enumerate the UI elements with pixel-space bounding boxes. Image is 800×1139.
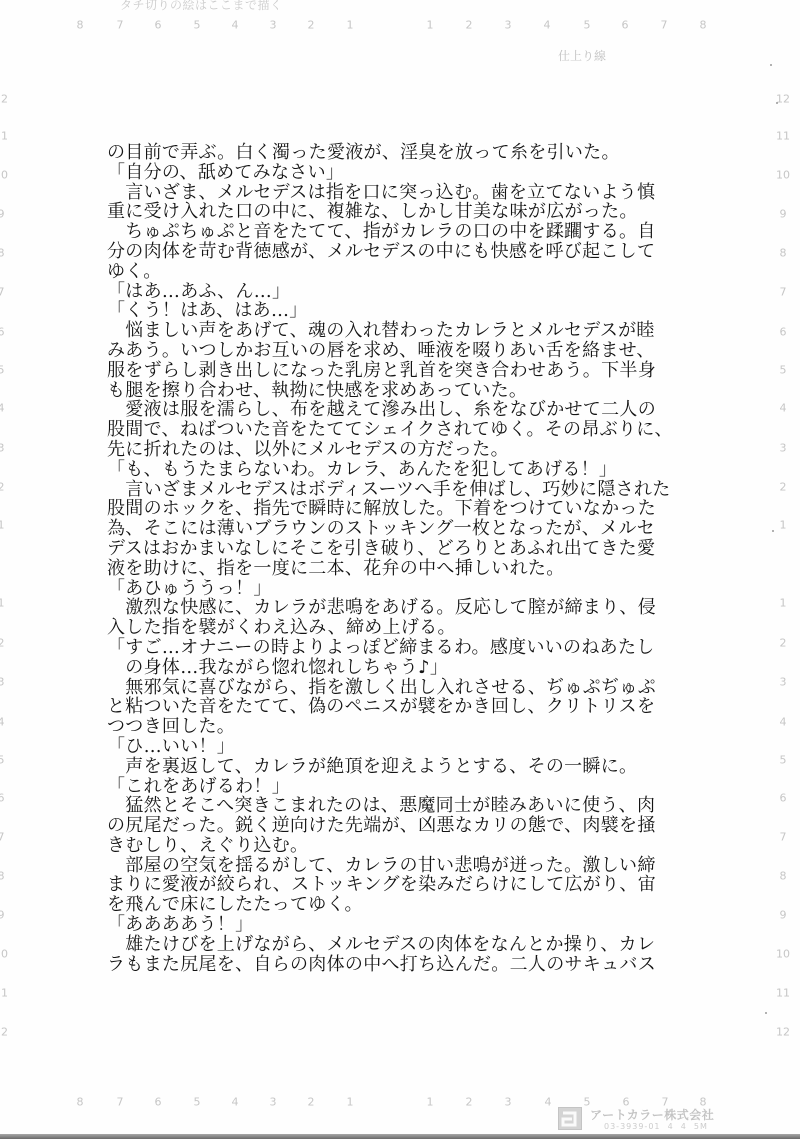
ruler-number: 8 [0,248,5,259]
ruler-number: 2 [308,1097,315,1108]
ruler-number: 1 [780,598,787,609]
ruler-number: 3 [270,1097,277,1108]
text-line: 「これをあげるわ！」 [107,777,673,797]
text-line: も腿を擦り合わせ、執拗に快感を求めあっていた。 [107,381,673,401]
scan-speck [772,530,774,532]
text-line: 「はあ…あふ、ん…」 [107,282,673,302]
ruler-number: 3 [780,677,787,688]
ruler-number: 10 [0,170,8,181]
text-line: の目前で弄ぶ。白く濁った愛液が、淫臭を放って糸を引いた。 [107,143,673,163]
ruler-number: 11 [776,131,790,142]
text-line: 激烈な快感に、カレラが悲鳴をあげる。反応して膣が締まり、侵 [107,598,673,618]
scan-speck [776,102,778,104]
ruler-number: 7 [117,1097,124,1108]
body-text: の目前で弄ぶ。白く濁った愛液が、淫臭を放って糸を引いた。 「自分の、舐めてみなさ… [107,143,673,974]
ruler-number: 7 [0,287,5,298]
ruler-number: 5 [0,755,5,766]
text-line: 「自分の、舐めてみなさい」 [107,163,673,183]
ruler-number: 8 [780,248,787,259]
text-line: 「ひ…いい！」 [107,737,673,757]
ruler-number: 11 [776,988,790,999]
ruler-number: 1 [0,520,5,531]
text-line: を飛んで床にしたたってゆく。 [107,895,673,915]
text-line: 「も、もうたまらないわ。カレラ、あんたを犯してあげる！」 [107,460,673,480]
scan-edge [0,1134,800,1139]
text-line: 雄たけびを上げながら、メルセデスの肉体をなんとか操り、カレ [107,935,673,955]
text-line: 愛液は服を濡らし、布を越えて滲み出し、糸をなびかせて二人の [107,400,673,420]
company-code: 03-3939-01 4 4 5M [604,1122,708,1131]
ruler-number: 3 [505,1097,512,1108]
scan-speck [770,64,772,66]
ruler-number: 11 [0,988,8,999]
ruler-number: 12 [0,94,8,105]
text-line: 重に受け入れた口の中に、複雑な、しかし甘美な味が広がった。 [107,202,673,222]
ruler-number: 3 [0,677,5,688]
ruler-number: 1 [347,20,354,31]
ruler-number: 7 [117,20,124,31]
ruler-number: 4 [780,403,787,414]
text-line: 言いざま、メルセデスは指を口に突っ込む。歯を立てないよう慎 [107,183,673,203]
ruler-number: 3 [270,20,277,31]
text-line: 言いざまメルセデスはボディスーツへ手を伸ばし、巧妙に隠された [107,480,673,500]
ruler-number: 1 [0,598,5,609]
ruler-number: 10 [776,170,790,181]
ruler-number: 6 [780,327,787,338]
text-line: 声を裏返して、カレラが絶頂を迎えようとする、その一瞬に。 [107,757,673,777]
text-line: 「すご…オナニーの時よりよっぽど締まるわ。感度いいのねあたし [107,638,673,658]
text-line: つつき回した。 [107,717,673,737]
text-line: 「くう！はあ、はあ…」 [107,301,673,321]
text-line: 悩ましい声をあげて、魂の入れ替わったカレラとメルセデスが睦 [107,321,673,341]
ruler-number: 4 [232,20,239,31]
ruler-number: 12 [776,94,790,105]
ruler-number: 4 [0,403,5,414]
text-line: 入した指を襞がくわえ込み、締め上げる。 [107,618,673,638]
ruler-number: 12 [776,1027,790,1038]
ruler-number: 9 [780,209,787,220]
ruler-number: 8 [700,20,707,31]
company-name: アートカラー株式会社 [590,1106,714,1123]
text-line: 部屋の空気を揺るがして、カレラの甘い悲鳴が迸った。激しい締 [107,856,673,876]
ruler-number: 4 [0,717,5,728]
text-line: ゆく。 [107,262,673,282]
ruler-number: 11 [0,131,8,142]
ruler-number: 2 [0,482,5,493]
ruler-number: 1 [347,1097,354,1108]
ruler-number: 2 [0,638,5,649]
ruler-number: 6 [0,793,5,804]
artcolor-logo-icon [558,1107,582,1130]
text-line: の尻尾だった。鋭く逆向けた先端が、凶悪なカリの態で、肉襞を掻 [107,816,673,836]
text-line: 「あひゅううっ！」 [107,579,673,599]
ruler-number: 10 [0,949,8,960]
text-line: 股間のホックを、指先で瞬時に解放した。下着をつけていなかった [107,499,673,519]
text-line: 先に折れたのは、以外にメルセデスの方だった。 [107,440,673,460]
text-line: きむしり、えぐり込む。 [107,836,673,856]
ruler-number: 7 [780,832,787,843]
ruler-number: 6 [622,20,629,31]
text-line: ちゅぷちゅぷと音をたてて、指がカレラの口の中を蹂躙する。自 [107,222,673,242]
ruler-number: 9 [0,209,5,220]
ruler-number: 3 [780,443,787,454]
ruler-number: 4 [544,20,551,31]
text-line: の身体…我ながら惚れ惚れしちゃう♪」 [107,658,673,678]
ruler-number: 5 [194,20,201,31]
ruler-number: 1 [780,520,787,531]
text-line: 分の肉体を苛む背徳感が、メルセデスの中にも快感を呼び起こして [107,242,673,262]
ruler-number: 8 [0,871,5,882]
text-line: 服をずらし剥き出しになった乳房と乳首を突き合わせあう。下半身 [107,361,673,381]
text-line: 液を助けに、指を一度に二本、花弁の中へ挿しいれた。 [107,559,673,579]
manuscript-page: タチ切りの絵はここまで描く 仕上り線 8 7 6 5 4 3 2 1 1 2 3… [0,0,800,1139]
ruler-number: 5 [780,755,787,766]
ruler-number: 6 [155,1097,162,1108]
text-line: と粘ついた音をたてて、偽のペニスが襞をかき回し、クリトリスを [107,697,673,717]
ruler-number: 8 [780,871,787,882]
ruler-number: 3 [0,443,5,454]
bleed-note: タチ切りの絵はここまで描く [120,0,283,13]
ruler-number: 2 [780,638,787,649]
scan-speck [765,1012,767,1014]
text-line: 為、そこには薄いブラウンのストッキング一枚となったが、メルセ [107,519,673,539]
ruler-number: 7 [0,832,5,843]
ruler-number: 6 [780,793,787,804]
ruler-number: 3 [505,20,512,31]
text-line: まりに愛液が絞られ、ストッキングを染みだらけにして広がり、宙 [107,875,673,895]
text-line: 無邪気に喜びながら、指を激しく出し入れさせる、ぢゅぷぢゅぷ [107,678,673,698]
ruler-number: 8 [77,1097,84,1108]
ruler-number: 7 [780,287,787,298]
ruler-number: 12 [0,1027,8,1038]
ruler-number: 2 [466,20,473,31]
ruler-number: 4 [545,1097,552,1108]
trim-line-label: 仕上り線 [558,47,606,64]
ruler-number: 4 [780,717,787,728]
text-line: ラもまた尻尾を、自らの肉体の中へ打ち込んだ。二人のサキュバス [107,955,673,975]
ruler-number: 1 [427,20,434,31]
ruler-number: 1 [427,1097,434,1108]
text-line: 「ああああう！」 [107,915,673,935]
ruler-number: 10 [776,949,790,960]
ruler-number: 2 [308,20,315,31]
ruler-number: 8 [77,20,84,31]
ruler-number: 4 [232,1097,239,1108]
ruler-number: 7 [661,20,668,31]
text-line: みあう。いつしかお互いの唇を求め、唾液を啜りあい舌を絡ませ、 [107,341,673,361]
text-line: 股間で、ねばついた音をたててシェイクされてゆく。その昂ぶりに、 [107,420,673,440]
ruler-number: 5 [584,20,591,31]
ruler-number: 2 [466,1097,473,1108]
ruler-number: 2 [780,482,787,493]
ruler-number: 9 [780,910,787,921]
ruler-number: 9 [0,910,5,921]
ruler-number: 6 [155,20,162,31]
text-line: デスはおかまいなしにそこを引き破り、どろりとあふれ出てきた愛 [107,539,673,559]
ruler-number: 5 [194,1097,201,1108]
ruler-number: 5 [780,365,787,376]
text-line: 猛然とそこへ突きこまれたのは、悪魔同士が睦みあいに使う、肉 [107,796,673,816]
ruler-number: 5 [0,365,5,376]
ruler-number: 6 [0,327,5,338]
